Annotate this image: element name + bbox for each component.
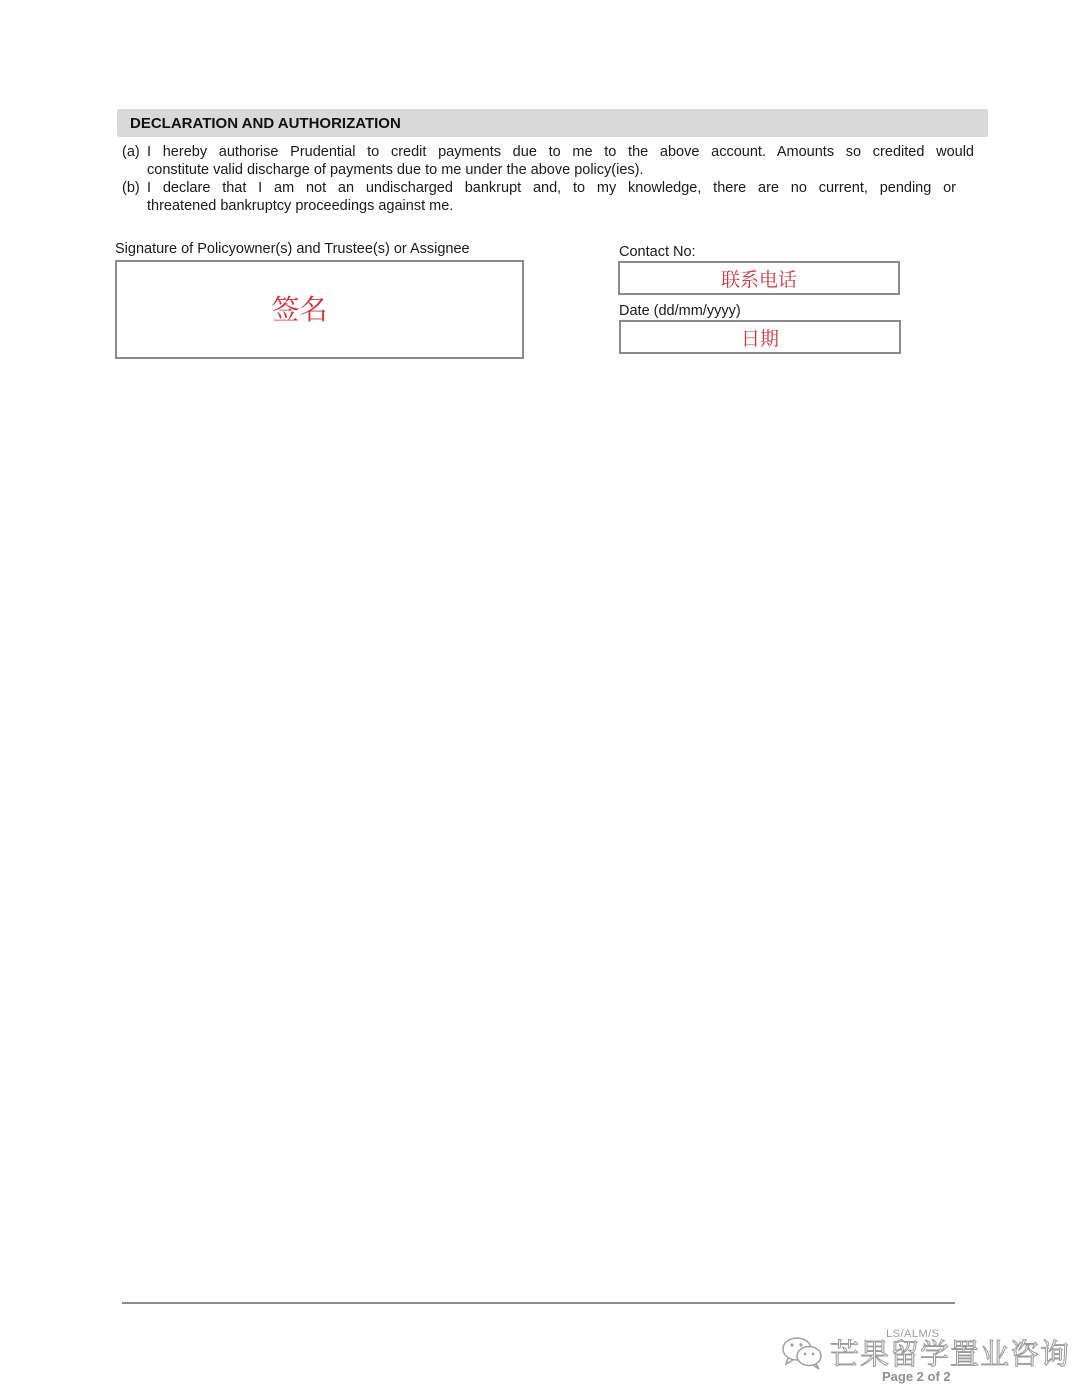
contact-annotation: 联系电话 — [721, 265, 797, 292]
contact-field[interactable]: 联系电话 — [618, 261, 900, 295]
section-header: DECLARATION AND AUTHORIZATION — [117, 109, 988, 137]
clause-label: (a) — [122, 143, 140, 161]
page-number: Page 2 of 2 — [882, 1369, 951, 1384]
date-annotation: 日期 — [741, 324, 779, 351]
signature-field[interactable]: 签名 — [115, 260, 524, 359]
signature-label: Signature of Policyowner(s) and Trustee(… — [115, 241, 470, 257]
watermark-text: 芒果留学置业咨询 — [830, 1332, 1070, 1373]
clause-text-line: I declare that I am not an undischarged … — [147, 179, 956, 197]
clause-text-line: I hereby authorise Prudential to credit … — [147, 143, 974, 161]
contact-label: Contact No: — [619, 244, 696, 260]
clause-b: (b) I declare that I am not an undischar… — [122, 179, 956, 215]
footer-divider — [122, 1302, 955, 1304]
signature-annotation: 签名 — [271, 288, 327, 328]
date-field[interactable]: 日期 — [619, 320, 901, 354]
clause-a: (a) I hereby authorise Prudential to cre… — [122, 143, 974, 179]
wechat-icon — [780, 1335, 826, 1371]
date-label: Date (dd/mm/yyyy) — [619, 303, 741, 319]
clause-text-line: constitute valid discharge of payments d… — [147, 161, 974, 179]
clause-text-line: threatened bankruptcy proceedings agains… — [147, 197, 956, 215]
watermark: 芒果留学置业咨询 — [780, 1332, 1070, 1373]
clause-label: (b) — [122, 179, 140, 197]
